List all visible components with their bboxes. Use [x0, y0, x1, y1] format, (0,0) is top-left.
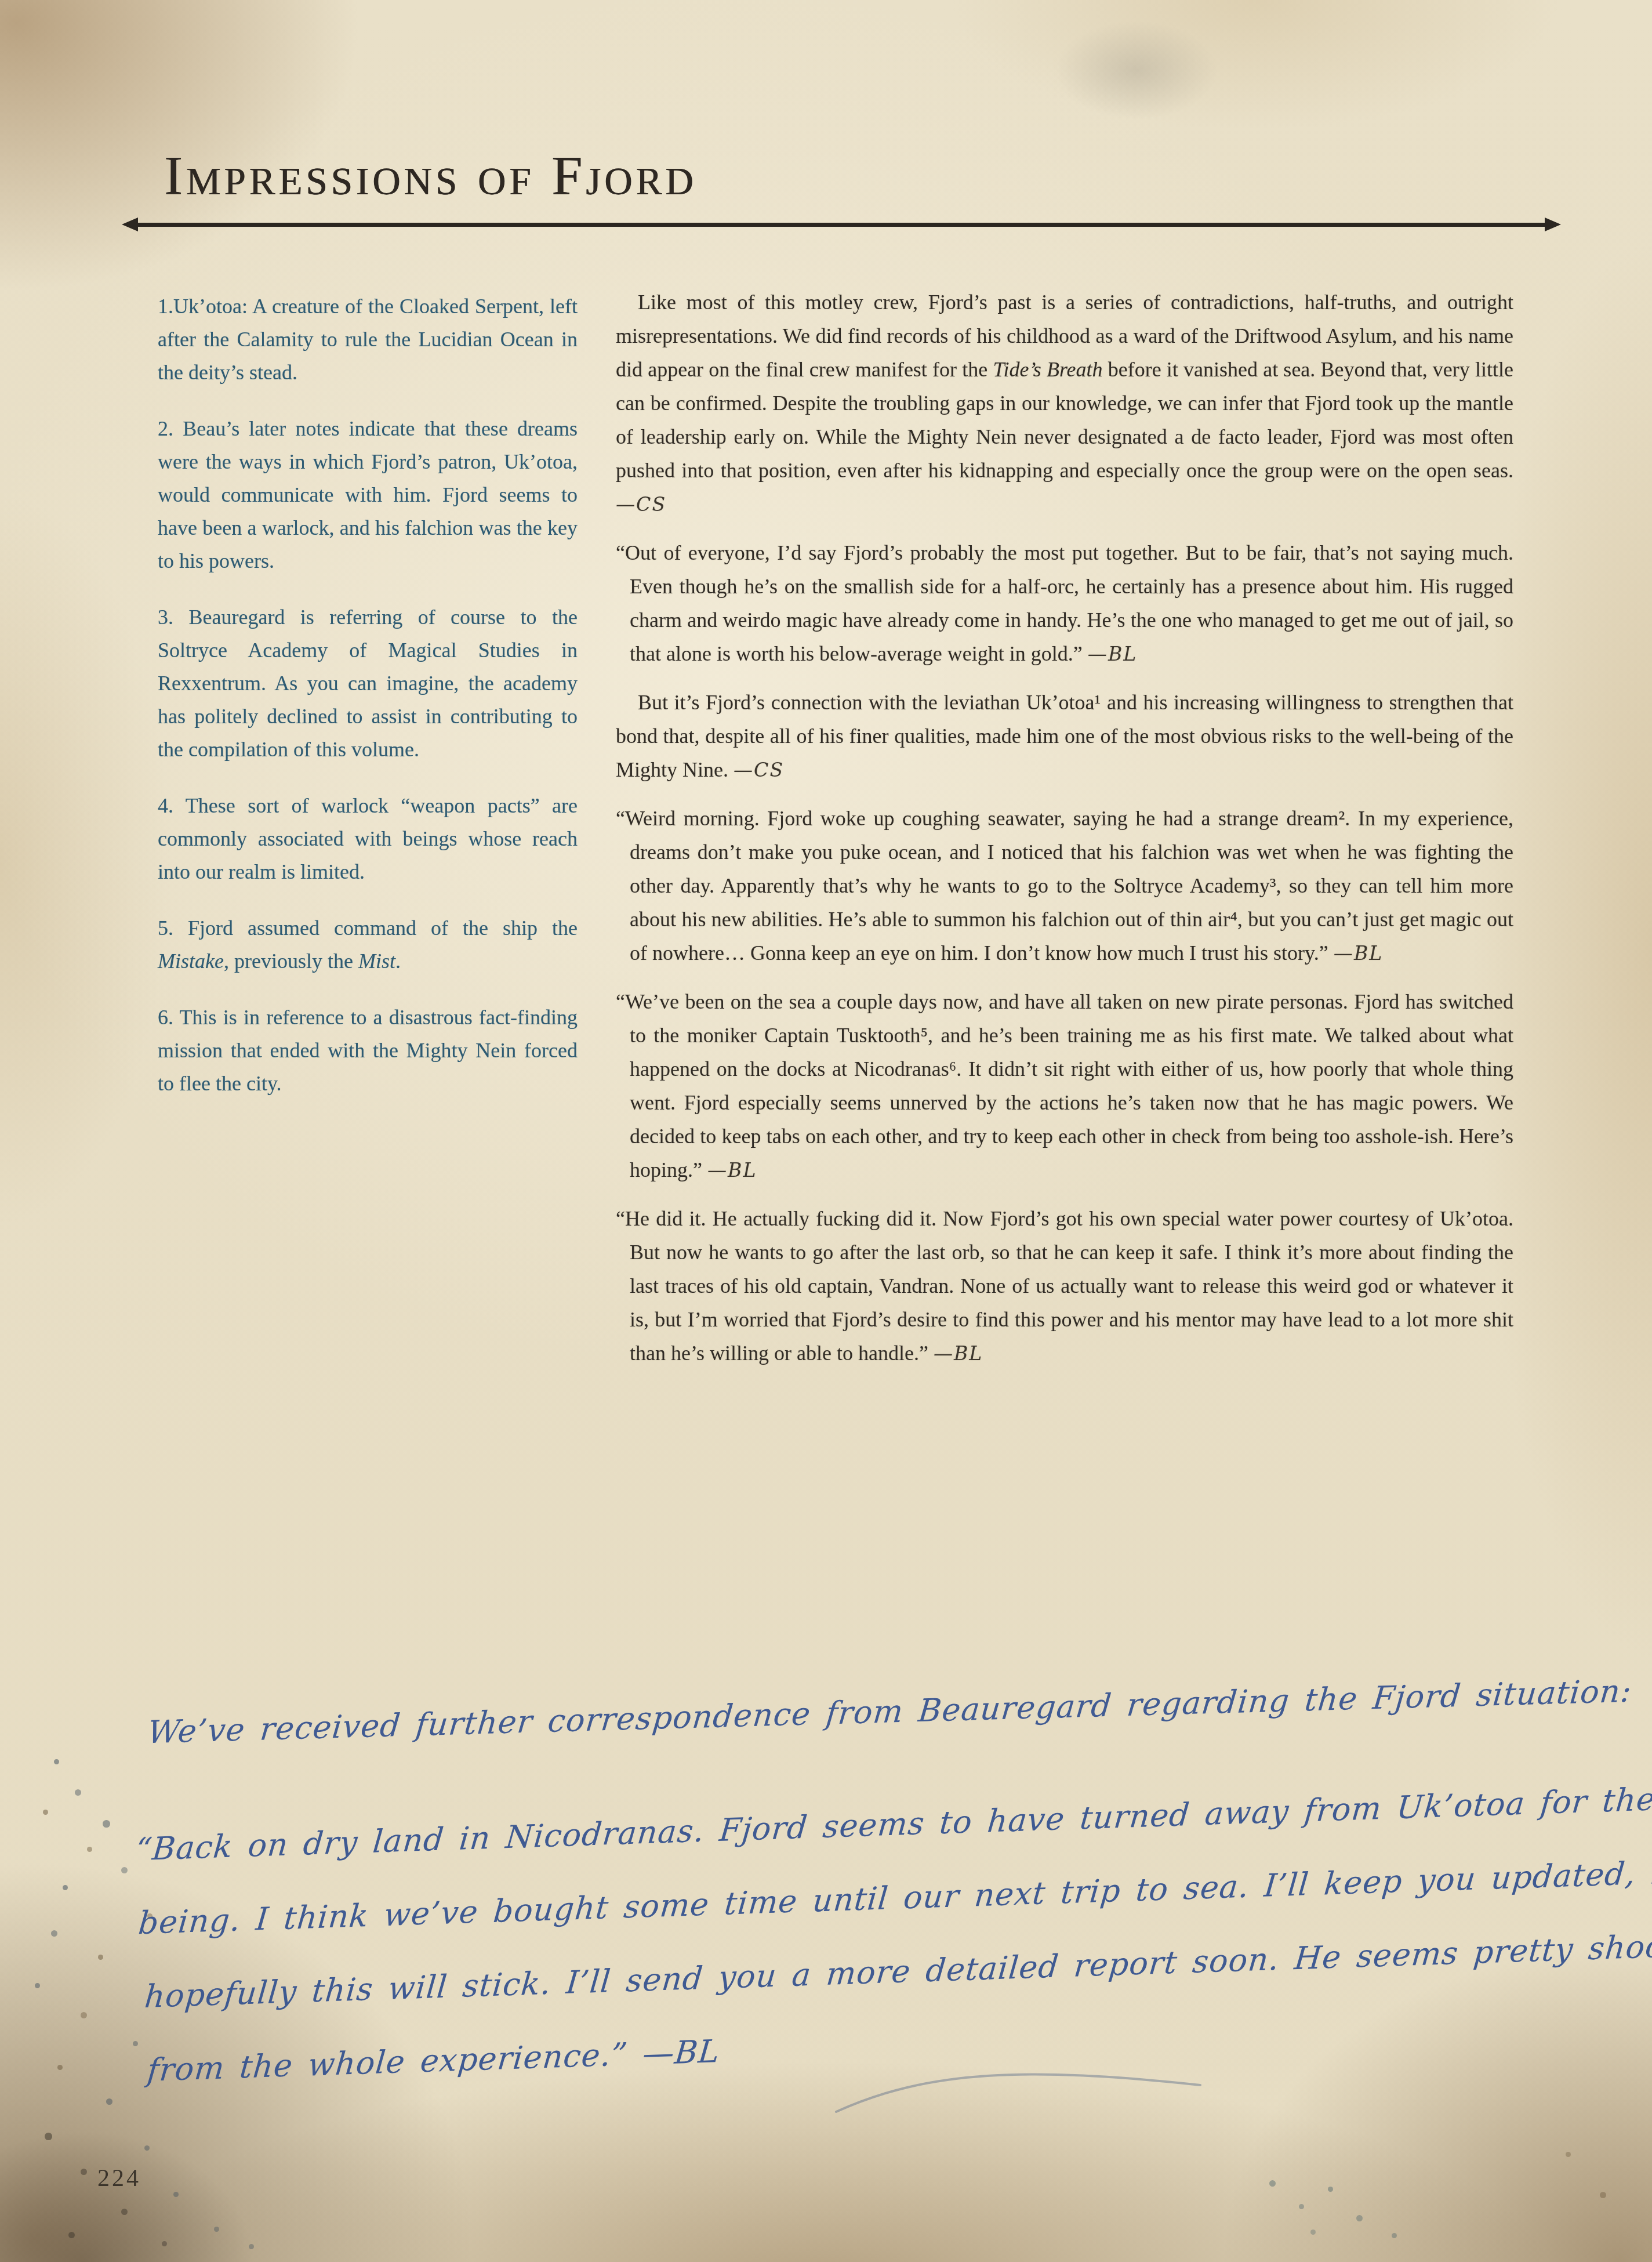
text-segment: “Out of everyone, I’d say Fjord’s probab… [616, 541, 1513, 665]
body-paragraph-4: “Weird morning. Fjord woke up coughing s… [616, 802, 1513, 970]
text-segment: “He did it. He actually fucking did it. … [616, 1207, 1513, 1365]
text-segment: Mist [358, 949, 395, 973]
page-title: Impressions of Fjord [164, 144, 696, 208]
main-text-column: Like most of this motley crew, Fjord’s p… [616, 285, 1513, 1385]
text-segment: 1.Uk’otoa: A creature of the Cloaked Ser… [158, 295, 578, 384]
footnote-1: 1.Uk’otoa: A creature of the Cloaked Ser… [158, 290, 578, 389]
text-segment: —BL [707, 1159, 757, 1181]
text-segment: “Weird morning. Fjord woke up coughing s… [616, 807, 1513, 965]
body-paragraph-1: Like most of this motley crew, Fjord’s p… [616, 285, 1513, 521]
footnote-2: 2. Beau’s later notes indicate that thes… [158, 412, 578, 578]
handwritten-note: “Back on dry land in Nicodranas. Fjord s… [113, 1764, 1588, 2108]
paper-stain [1055, 21, 1218, 119]
text-segment: 2. Beau’s later notes indicate that thes… [158, 417, 578, 572]
text-segment: —BL [1088, 643, 1137, 665]
text-segment: 6. This is in reference to a disastrous … [158, 1006, 578, 1095]
text-segment: , previously the [224, 949, 358, 973]
body-paragraph-3: But it’s Fjord’s connection with the lev… [616, 686, 1513, 787]
pen-stroke-flourish [829, 2062, 1212, 2120]
footnote-5: 5. Fjord assumed command of the ship the… [158, 912, 578, 978]
handwritten-intro-line: We’ve received further correspondence fr… [146, 1676, 1512, 1750]
body-paragraph-2: “Out of everyone, I’d say Fjord’s probab… [616, 536, 1513, 671]
footnote-4: 4. These sort of warlock “weapon pacts” … [158, 789, 578, 889]
text-segment: 4. These sort of warlock “weapon pacts” … [158, 794, 578, 883]
page-number: 224 [97, 2165, 141, 2192]
section-divider-arrow [137, 223, 1546, 227]
text-segment: —BL [934, 1342, 983, 1365]
text-segment: . [395, 949, 401, 973]
body-paragraph-5: “We’ve been on the sea a couple days now… [616, 985, 1513, 1187]
footnote-3: 3. Beauregard is referring of course to … [158, 601, 578, 766]
text-segment: —CS [734, 759, 784, 781]
book-page: Impressions of Fjord 1.Uk’otoa: A creatu… [0, 0, 1652, 2262]
text-segment: “We’ve been on the sea a couple days now… [616, 990, 1513, 1181]
text-segment: —CS [616, 493, 666, 516]
ink-speckles-bottom-right [0, 0, 3, 3]
text-segment: Mistake [158, 949, 224, 973]
text-segment: —BL [1334, 942, 1383, 965]
body-paragraph-6: “He did it. He actually fucking did it. … [616, 1202, 1513, 1371]
text-segment: Tide’s Breath [993, 358, 1102, 381]
text-segment: 3. Beauregard is referring of course to … [158, 606, 578, 761]
text-segment: 5. Fjord assumed command of the ship the [158, 916, 578, 940]
footnotes-column: 1.Uk’otoa: A creature of the Cloaked Ser… [158, 290, 578, 1123]
footnote-6: 6. This is in reference to a disastrous … [158, 1001, 578, 1100]
